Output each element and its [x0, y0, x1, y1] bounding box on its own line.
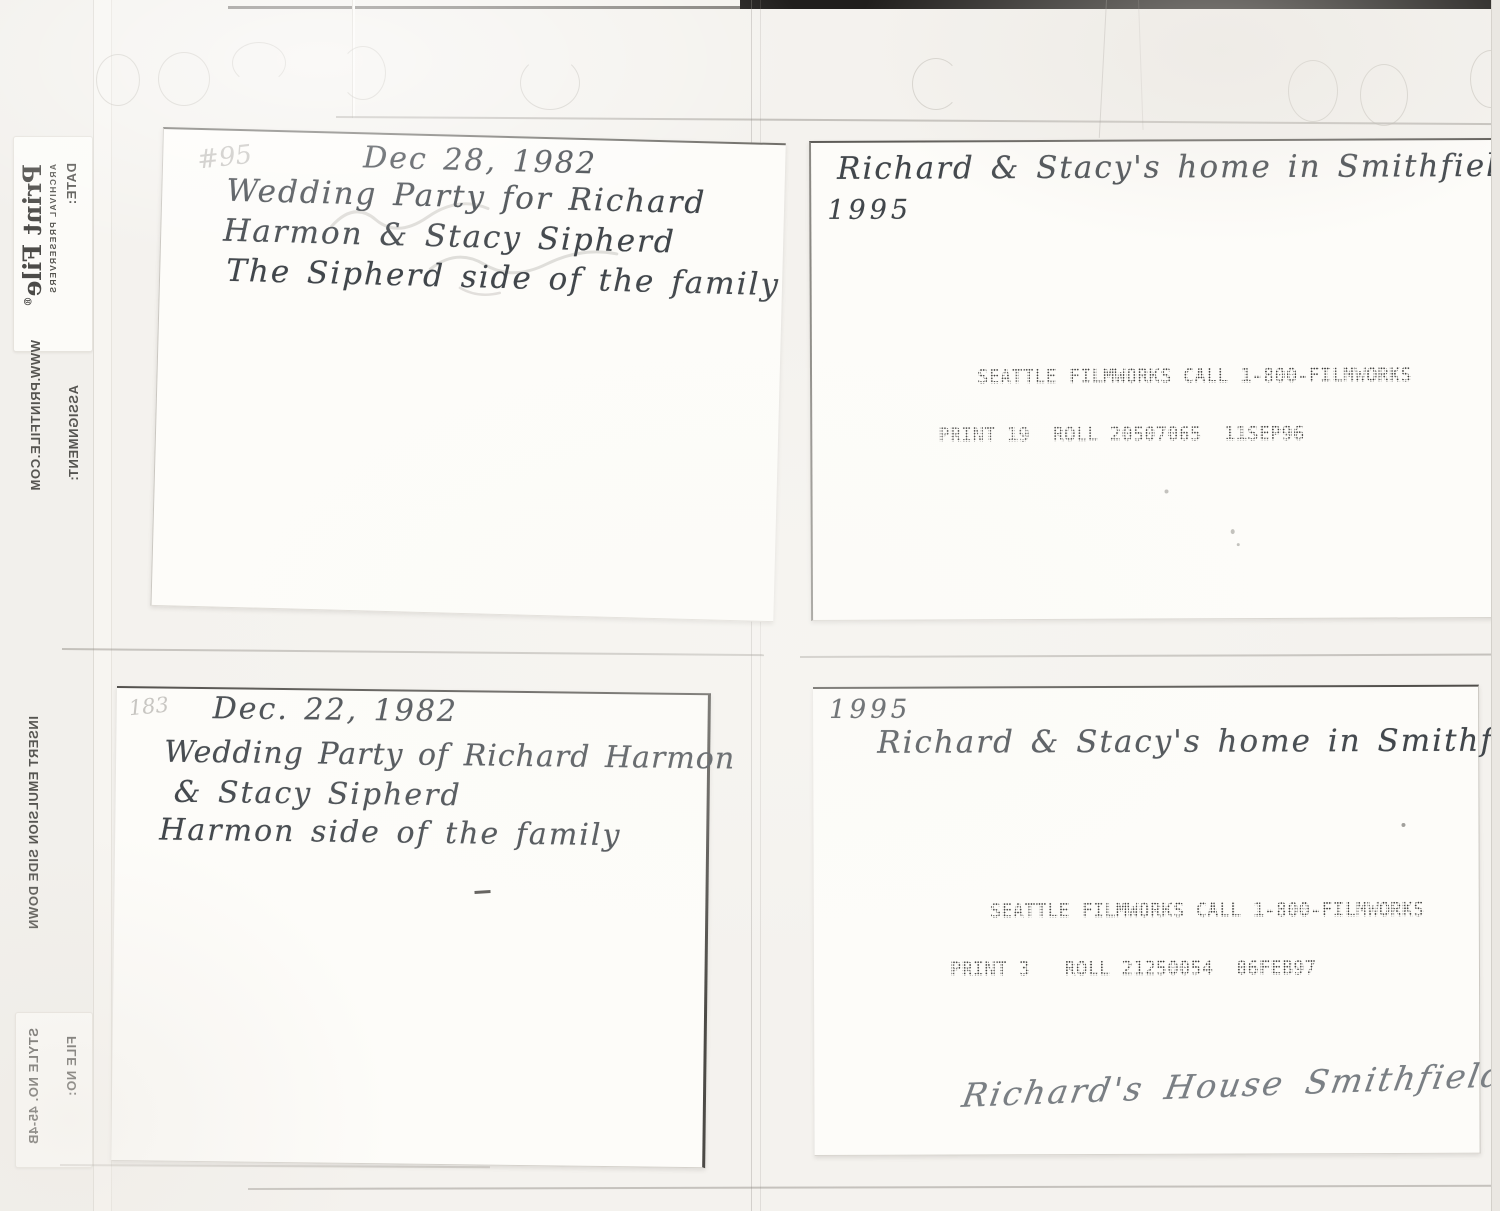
- assignment-label: ASSIGNMENT:: [66, 385, 81, 481]
- crease-mid-left: [62, 648, 764, 656]
- pressure-ring-1: [96, 54, 140, 106]
- file-number-label: FILE NO:: [64, 1036, 79, 1096]
- pressure-ring-7: [1288, 60, 1338, 122]
- caption-line-1: Richard & Stacy's home in Smithfield: [877, 722, 1500, 760]
- photo-back-top-right: Richard & Stacy's home in Smithfield 199…: [809, 138, 1496, 621]
- date-label: DATE:: [64, 163, 79, 205]
- website-text: WWW.PRINTFILE.COM: [28, 340, 43, 491]
- caption-line-3: Harmon side of the family: [159, 813, 622, 854]
- emulsion-note: INSERT EMULSION SIDE DOWN: [26, 716, 41, 930]
- caption-year: 1995: [829, 695, 911, 725]
- ink-dot: [1401, 823, 1405, 827]
- pencil-number: #95: [196, 140, 254, 176]
- photo-back-bottom-right: 1995 Richard & Stacy's home in Smithfiel…: [813, 685, 1481, 1156]
- ink-speck: [1165, 489, 1169, 493]
- pressure-ring-6: [912, 58, 960, 110]
- cursive-annotation: Richard's House Smithfield: [959, 1055, 1500, 1115]
- pressure-ring-8: [1360, 64, 1408, 126]
- top-edge-line-left: [228, 6, 762, 9]
- pressure-ring-5: [520, 56, 580, 110]
- pen-dash-mark: [474, 890, 490, 893]
- photo-back-bottom-left: 183 Dec. 22, 1982 Wedding Party of Richa…: [111, 686, 711, 1168]
- photo-back-top-left: #95 Dec 28, 1982 Wedding Party for Richa…: [150, 127, 785, 622]
- crease-bottom: [248, 1185, 1500, 1190]
- top-crease-vert-2: [1138, 0, 1144, 130]
- filmworks-stamp-line-2: PRINT 3 ROLL 21250054 06FEB97: [950, 957, 1316, 981]
- pencil-number: 183: [128, 693, 170, 721]
- sleeve-edge-gap: [93, 0, 112, 1211]
- pressure-ring-3: [232, 42, 286, 84]
- caption-date: Dec 28, 1982: [363, 140, 598, 181]
- brand-text: Print File: [18, 164, 47, 297]
- top-crease-vert-1: [1099, 0, 1107, 138]
- caption-line-1: Richard & Stacy's home in Smithfield: [837, 148, 1500, 187]
- scan-right-margin: [1491, 0, 1500, 1211]
- crease-mid-right: [800, 654, 1500, 658]
- printfile-logo: Print File® ARCHIVAL PRESERVERS: [18, 164, 58, 307]
- pressure-ring-2: [158, 52, 210, 106]
- ink-speck: [1237, 543, 1240, 546]
- filmworks-stamp-line-1: SEATTLE FILMWORKS CALL 1-800-FILMWORKS: [990, 898, 1425, 922]
- scanned-archival-page: DATE: Print File® ARCHIVAL PRESERVERS WW…: [0, 0, 1500, 1211]
- brand-tagline: ARCHIVAL PRESERVERS: [48, 164, 58, 307]
- filmworks-stamp-line-2: PRINT 19 ROLL 20507065 11SEP96: [938, 422, 1304, 446]
- registered-mark: ®: [24, 297, 35, 307]
- ink-speck: [1231, 529, 1235, 534]
- filmworks-stamp-line-1: SEATTLE FILMWORKS CALL 1-800-FILMWORKS: [977, 364, 1412, 389]
- caption-line-1: Wedding Party of Richard Harmon: [164, 735, 735, 777]
- caption-year: 1995: [827, 195, 912, 226]
- caption-line-2: & Stacy Sipherd: [173, 775, 461, 814]
- brand-name: Print File®: [18, 164, 47, 307]
- pressure-ring-4: [340, 46, 386, 100]
- caption-date: Dec. 22, 1982: [213, 691, 459, 729]
- top-edge-bar-right: [740, 0, 1500, 9]
- style-number: STYLE NO. 45-4B: [26, 1028, 41, 1145]
